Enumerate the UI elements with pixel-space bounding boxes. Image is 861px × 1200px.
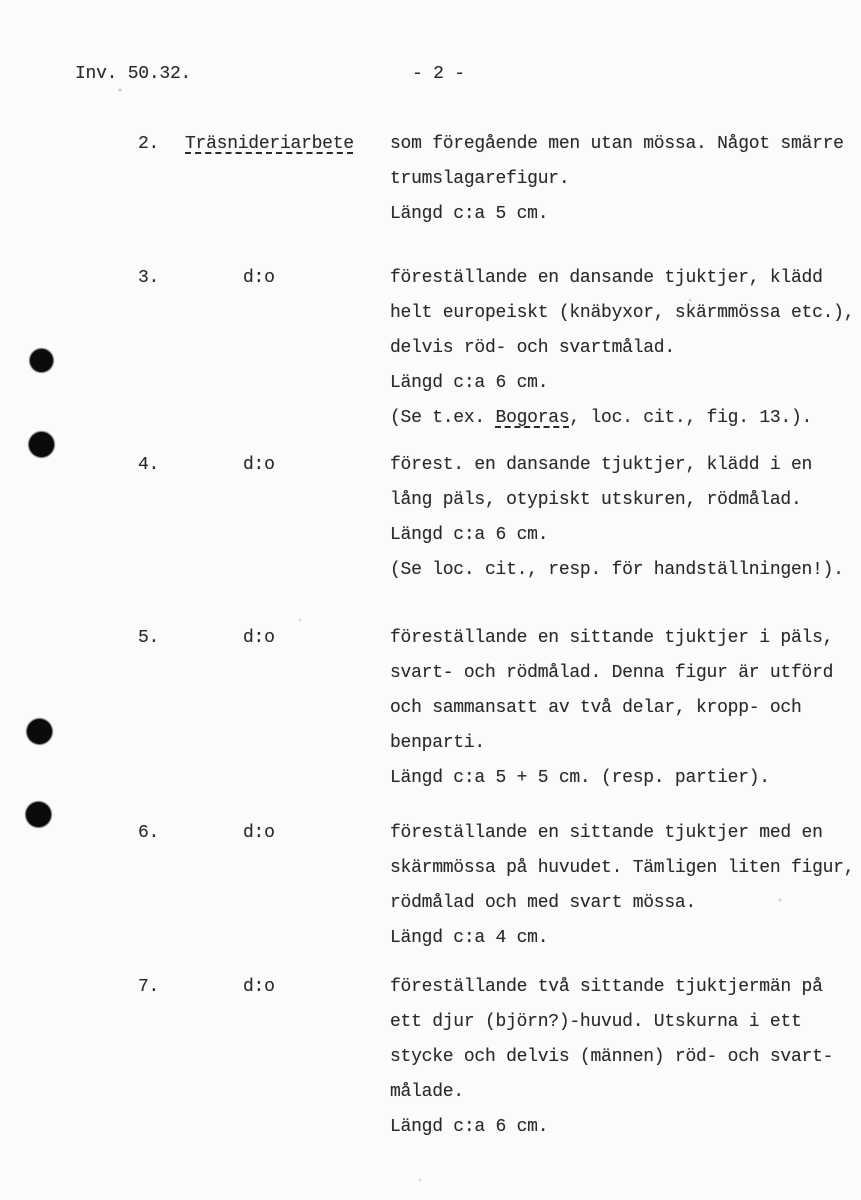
entry-number: 2. [138, 127, 159, 162]
entry-description: föreställande två sittande tjuktjermän p… [390, 970, 861, 1145]
entry-number: 3. [138, 261, 159, 296]
entry-description: förest. en dansande tjuktjer, klädd i en… [390, 448, 861, 588]
text-segment: (Se t.ex. [390, 408, 496, 428]
text-line: benparti. [390, 726, 861, 761]
inventory-number: Inv. 50.32. [75, 64, 191, 84]
text-line: Längd c:a 5 + 5 cm. (resp. partier). [390, 761, 861, 796]
text-line: (Se loc. cit., resp. för handställningen… [390, 553, 861, 588]
text-line: föreställande en sittande tjuktjer i päl… [390, 621, 861, 656]
text-segment: föreställande en sittande tjuktjer med e… [390, 823, 823, 843]
text-segment: d:o [243, 823, 275, 843]
hole-punch-mark [27, 719, 52, 744]
text-line: svart- och rödmålad. Denna figur är utfö… [390, 656, 861, 691]
catalog-entry-5: 5. d:o föreställande en sittande tjuktje… [138, 621, 861, 796]
catalog-entry-2: 2. Träsnideriarbete som föregående men u… [138, 127, 861, 232]
text-line: föreställande två sittande tjuktjermän p… [390, 970, 861, 1005]
text-segment: d:o [243, 977, 275, 997]
text-line: ett djur (björn?)-huvud. Utskurna i ett [390, 1005, 861, 1040]
entry-term: d:o [243, 261, 275, 296]
text-segment: d:o [243, 455, 275, 475]
entry-term: d:o [243, 970, 275, 1005]
text-line: Längd c:a 5 cm. [390, 197, 861, 232]
entry-term: d:o [243, 448, 275, 483]
hole-punch-mark [29, 432, 54, 457]
text-segment: förest. en dansande tjuktjer, klädd i en [390, 455, 812, 475]
text-line: stycke och delvis (männen) röd- och svar… [390, 1040, 861, 1075]
text-segment: och sammansatt av två delar, kropp- och [390, 698, 802, 718]
entry-description: som föregående men utan mössa. Något smä… [390, 127, 861, 232]
text-segment: d:o [243, 628, 275, 648]
entry-number: 6. [138, 816, 159, 851]
entry-number: 4. [138, 448, 159, 483]
text-segment: målade. [390, 1082, 464, 1102]
text-segment: Längd c:a 6 cm. [390, 525, 548, 545]
text-segment: rödmålad och med svart mössa. [390, 893, 696, 913]
text-segment: lång päls, otypiskt utskuren, rödmålad. [390, 490, 802, 510]
text-segment: d:o [243, 268, 275, 288]
text-segment: föreställande en sittande tjuktjer i päl… [390, 628, 833, 648]
entry-term: d:o [243, 621, 275, 656]
text-segment: Längd c:a 5 cm. [390, 204, 548, 224]
text-segment: helt europeiskt (knäbyxor, skärmmössa et… [390, 303, 854, 323]
text-segment: svart- och rödmålad. Denna figur är utfö… [390, 663, 833, 683]
text-line: och sammansatt av två delar, kropp- och [390, 691, 861, 726]
text-line: föreställande en sittande tjuktjer med e… [390, 816, 861, 851]
entry-description: föreställande en dansande tjuktjer, kläd… [390, 261, 861, 436]
entry-term: Träsnideriarbete [185, 127, 354, 162]
text-segment: ett djur (björn?)-huvud. Utskurna i ett [390, 1012, 802, 1032]
text-segment: Längd c:a 4 cm. [390, 928, 548, 948]
catalog-entry-6: 6. d:o föreställande en sittande tjuktje… [138, 816, 861, 956]
underlined-text: Träsnideriarbete [185, 134, 354, 154]
catalog-entry-7: 7. d:o föreställande två sittande tjuktj… [138, 970, 861, 1145]
text-line: rödmålad och med svart mössa. [390, 886, 861, 921]
text-line: helt europeiskt (knäbyxor, skärmmössa et… [390, 296, 861, 331]
entry-term: d:o [243, 816, 275, 851]
text-segment: , loc. cit., fig. 13.). [569, 408, 812, 428]
text-segment: föreställande två sittande tjuktjermän p… [390, 977, 823, 997]
text-segment: Längd c:a 5 + 5 cm. (resp. partier). [390, 768, 770, 788]
text-line: Längd c:a 6 cm. [390, 366, 861, 401]
text-segment: trumslagarefigur. [390, 169, 569, 189]
text-line: förest. en dansande tjuktjer, klädd i en [390, 448, 861, 483]
text-line: som föregående men utan mössa. Något smä… [390, 127, 861, 162]
entry-description: föreställande en sittande tjuktjer i päl… [390, 621, 861, 796]
hole-punch-mark [26, 802, 51, 827]
underlined-text: Bogoras [496, 408, 570, 428]
text-segment: skärmmössa på huvudet. Tämligen liten fi… [390, 858, 854, 878]
entry-number: 5. [138, 621, 159, 656]
text-segment: delvis röd- och svartmålad. [390, 338, 675, 358]
text-line: Längd c:a 6 cm. [390, 518, 861, 553]
page-number: - 2 - [412, 64, 465, 84]
text-line: Längd c:a 6 cm. [390, 1110, 861, 1145]
text-line: skärmmössa på huvudet. Tämligen liten fi… [390, 851, 861, 886]
text-line: (Se t.ex. Bogoras, loc. cit., fig. 13.). [390, 401, 861, 436]
text-segment: (Se loc. cit., resp. för handställningen… [390, 560, 844, 580]
hole-punch-mark [30, 349, 53, 372]
text-line: Längd c:a 4 cm. [390, 921, 861, 956]
text-segment: föreställande en dansande tjuktjer, kläd… [390, 268, 823, 288]
text-line: föreställande en dansande tjuktjer, kläd… [390, 261, 861, 296]
catalog-entry-3: 3. d:o föreställande en dansande tjuktje… [138, 261, 861, 436]
typewritten-inventory-page: Inv. 50.32. - 2 - 2. Träsnideriarbete so… [0, 0, 861, 1200]
text-line: delvis röd- och svartmålad. [390, 331, 861, 366]
entry-number: 7. [138, 970, 159, 1005]
text-line: trumslagarefigur. [390, 162, 861, 197]
text-segment: som föregående men utan mössa. Något smä… [390, 134, 844, 154]
entry-description: föreställande en sittande tjuktjer med e… [390, 816, 861, 956]
text-segment: Längd c:a 6 cm. [390, 1117, 548, 1137]
catalog-entry-4: 4. d:o förest. en dansande tjuktjer, klä… [138, 448, 861, 588]
text-segment: benparti. [390, 733, 485, 753]
text-line: målade. [390, 1075, 861, 1110]
text-line: lång päls, otypiskt utskuren, rödmålad. [390, 483, 861, 518]
text-segment: Längd c:a 6 cm. [390, 373, 548, 393]
text-segment: stycke och delvis (männen) röd- och svar… [390, 1047, 833, 1067]
